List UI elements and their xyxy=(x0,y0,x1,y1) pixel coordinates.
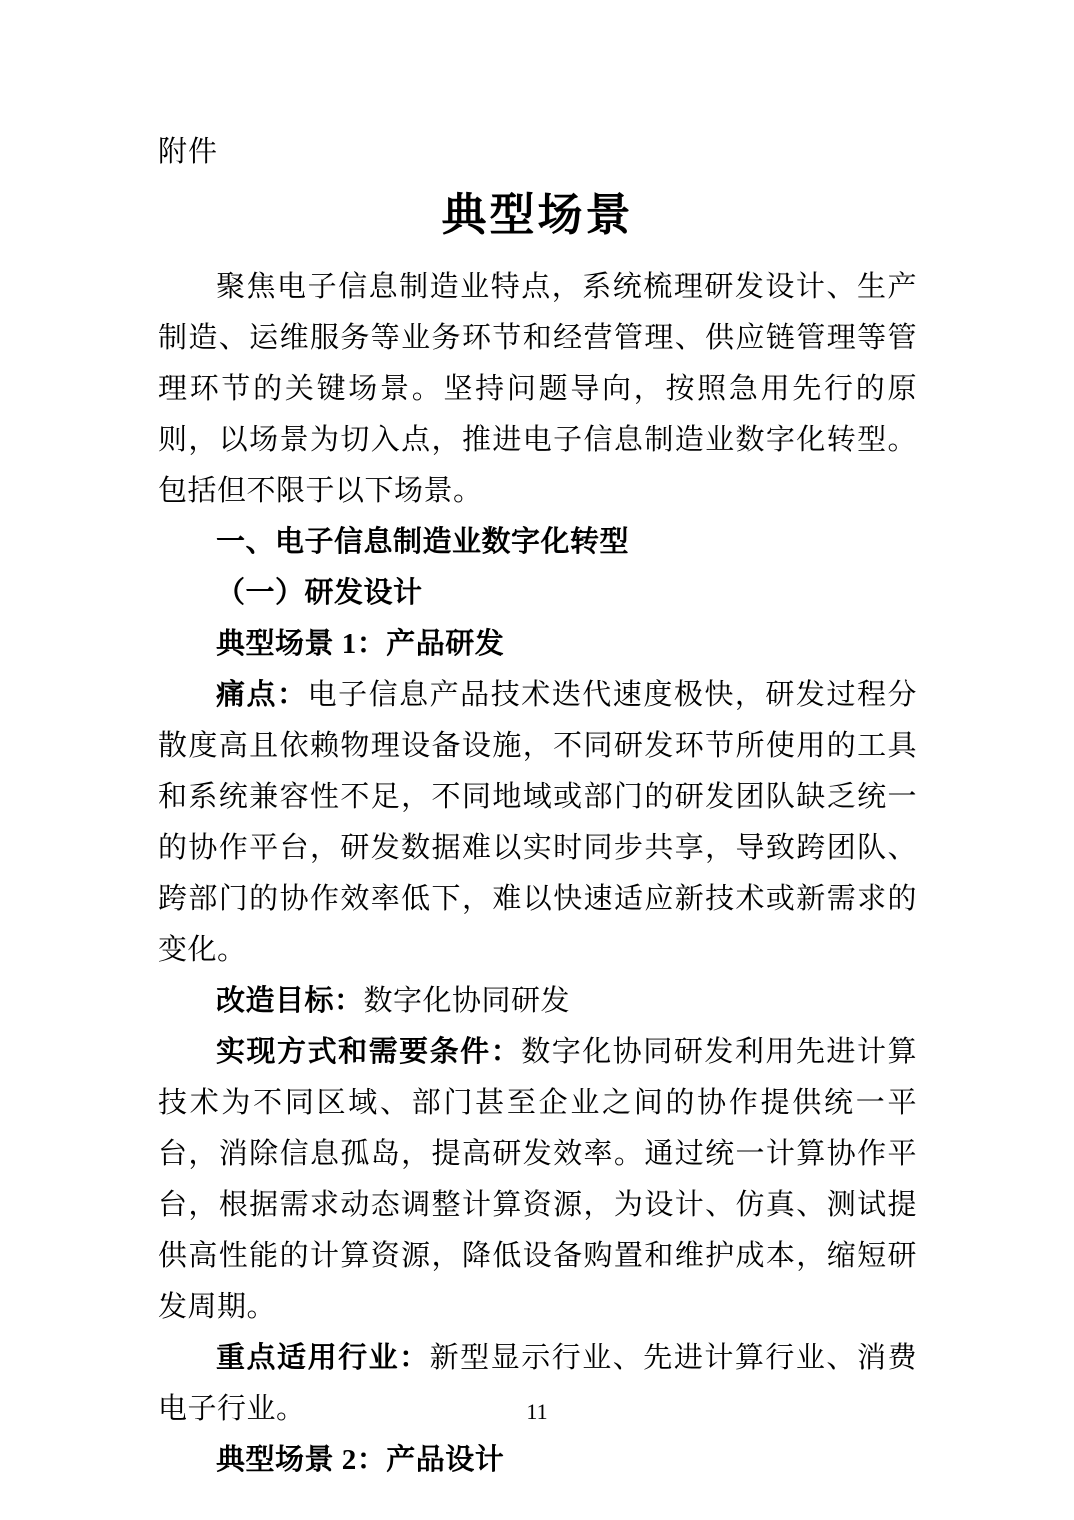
paragraph-pain-point: 痛点：电子信息产品技术迭代速度极快，研发过程分散度高且依赖物理设备设施，不同研发… xyxy=(158,670,917,976)
document-page: 附件 典型场景 聚焦电子信息制造业特点，系统梳理研发设计、生产制造、运维服务等业… xyxy=(0,0,1074,1520)
pain-point-text: 电子信息产品技术迭代速度极快，研发过程分散度高且依赖物理设备设施，不同研发环节所… xyxy=(158,679,917,966)
scene-1-heading: 典型场景 1：产品研发 xyxy=(158,619,917,670)
industries-label: 重点适用行业： xyxy=(216,1342,430,1374)
goal-text: 数字化协同研发 xyxy=(364,985,571,1017)
paragraph-method: 实现方式和需要条件：数字化协同研发利用先进计算技术为不同区域、部门甚至企业之间的… xyxy=(158,1027,917,1333)
scene-1-title: 产品研发 xyxy=(386,628,504,660)
method-label: 实现方式和需要条件： xyxy=(216,1036,521,1068)
scene-2-label: 典型场景 2： xyxy=(216,1444,386,1476)
heading-subsection-1: （一）研发设计 xyxy=(158,568,917,619)
goal-label: 改造目标： xyxy=(216,985,364,1017)
paragraph-intro: 聚焦电子信息制造业特点，系统梳理研发设计、生产制造、运维服务等业务环节和经营管理… xyxy=(158,262,917,517)
paragraph-goal: 改造目标：数字化协同研发 xyxy=(158,976,917,1027)
pain-point-label: 痛点： xyxy=(216,679,308,711)
scene-2-heading: 典型场景 2：产品设计 xyxy=(158,1435,917,1486)
attachment-label: 附件 xyxy=(158,130,917,174)
page-number: 11 xyxy=(0,1400,1074,1424)
heading-section-1: 一、电子信息制造业数字化转型 xyxy=(158,517,917,568)
scene-1-label: 典型场景 1： xyxy=(216,628,386,660)
scene-2-title: 产品设计 xyxy=(386,1444,504,1476)
document-body: 聚焦电子信息制造业特点，系统梳理研发设计、生产制造、运维服务等业务环节和经营管理… xyxy=(158,262,917,1486)
document-title: 典型场景 xyxy=(158,184,917,246)
method-text: 数字化协同研发利用先进计算技术为不同区域、部门甚至企业之间的协作提供统一平台，消… xyxy=(158,1036,917,1323)
